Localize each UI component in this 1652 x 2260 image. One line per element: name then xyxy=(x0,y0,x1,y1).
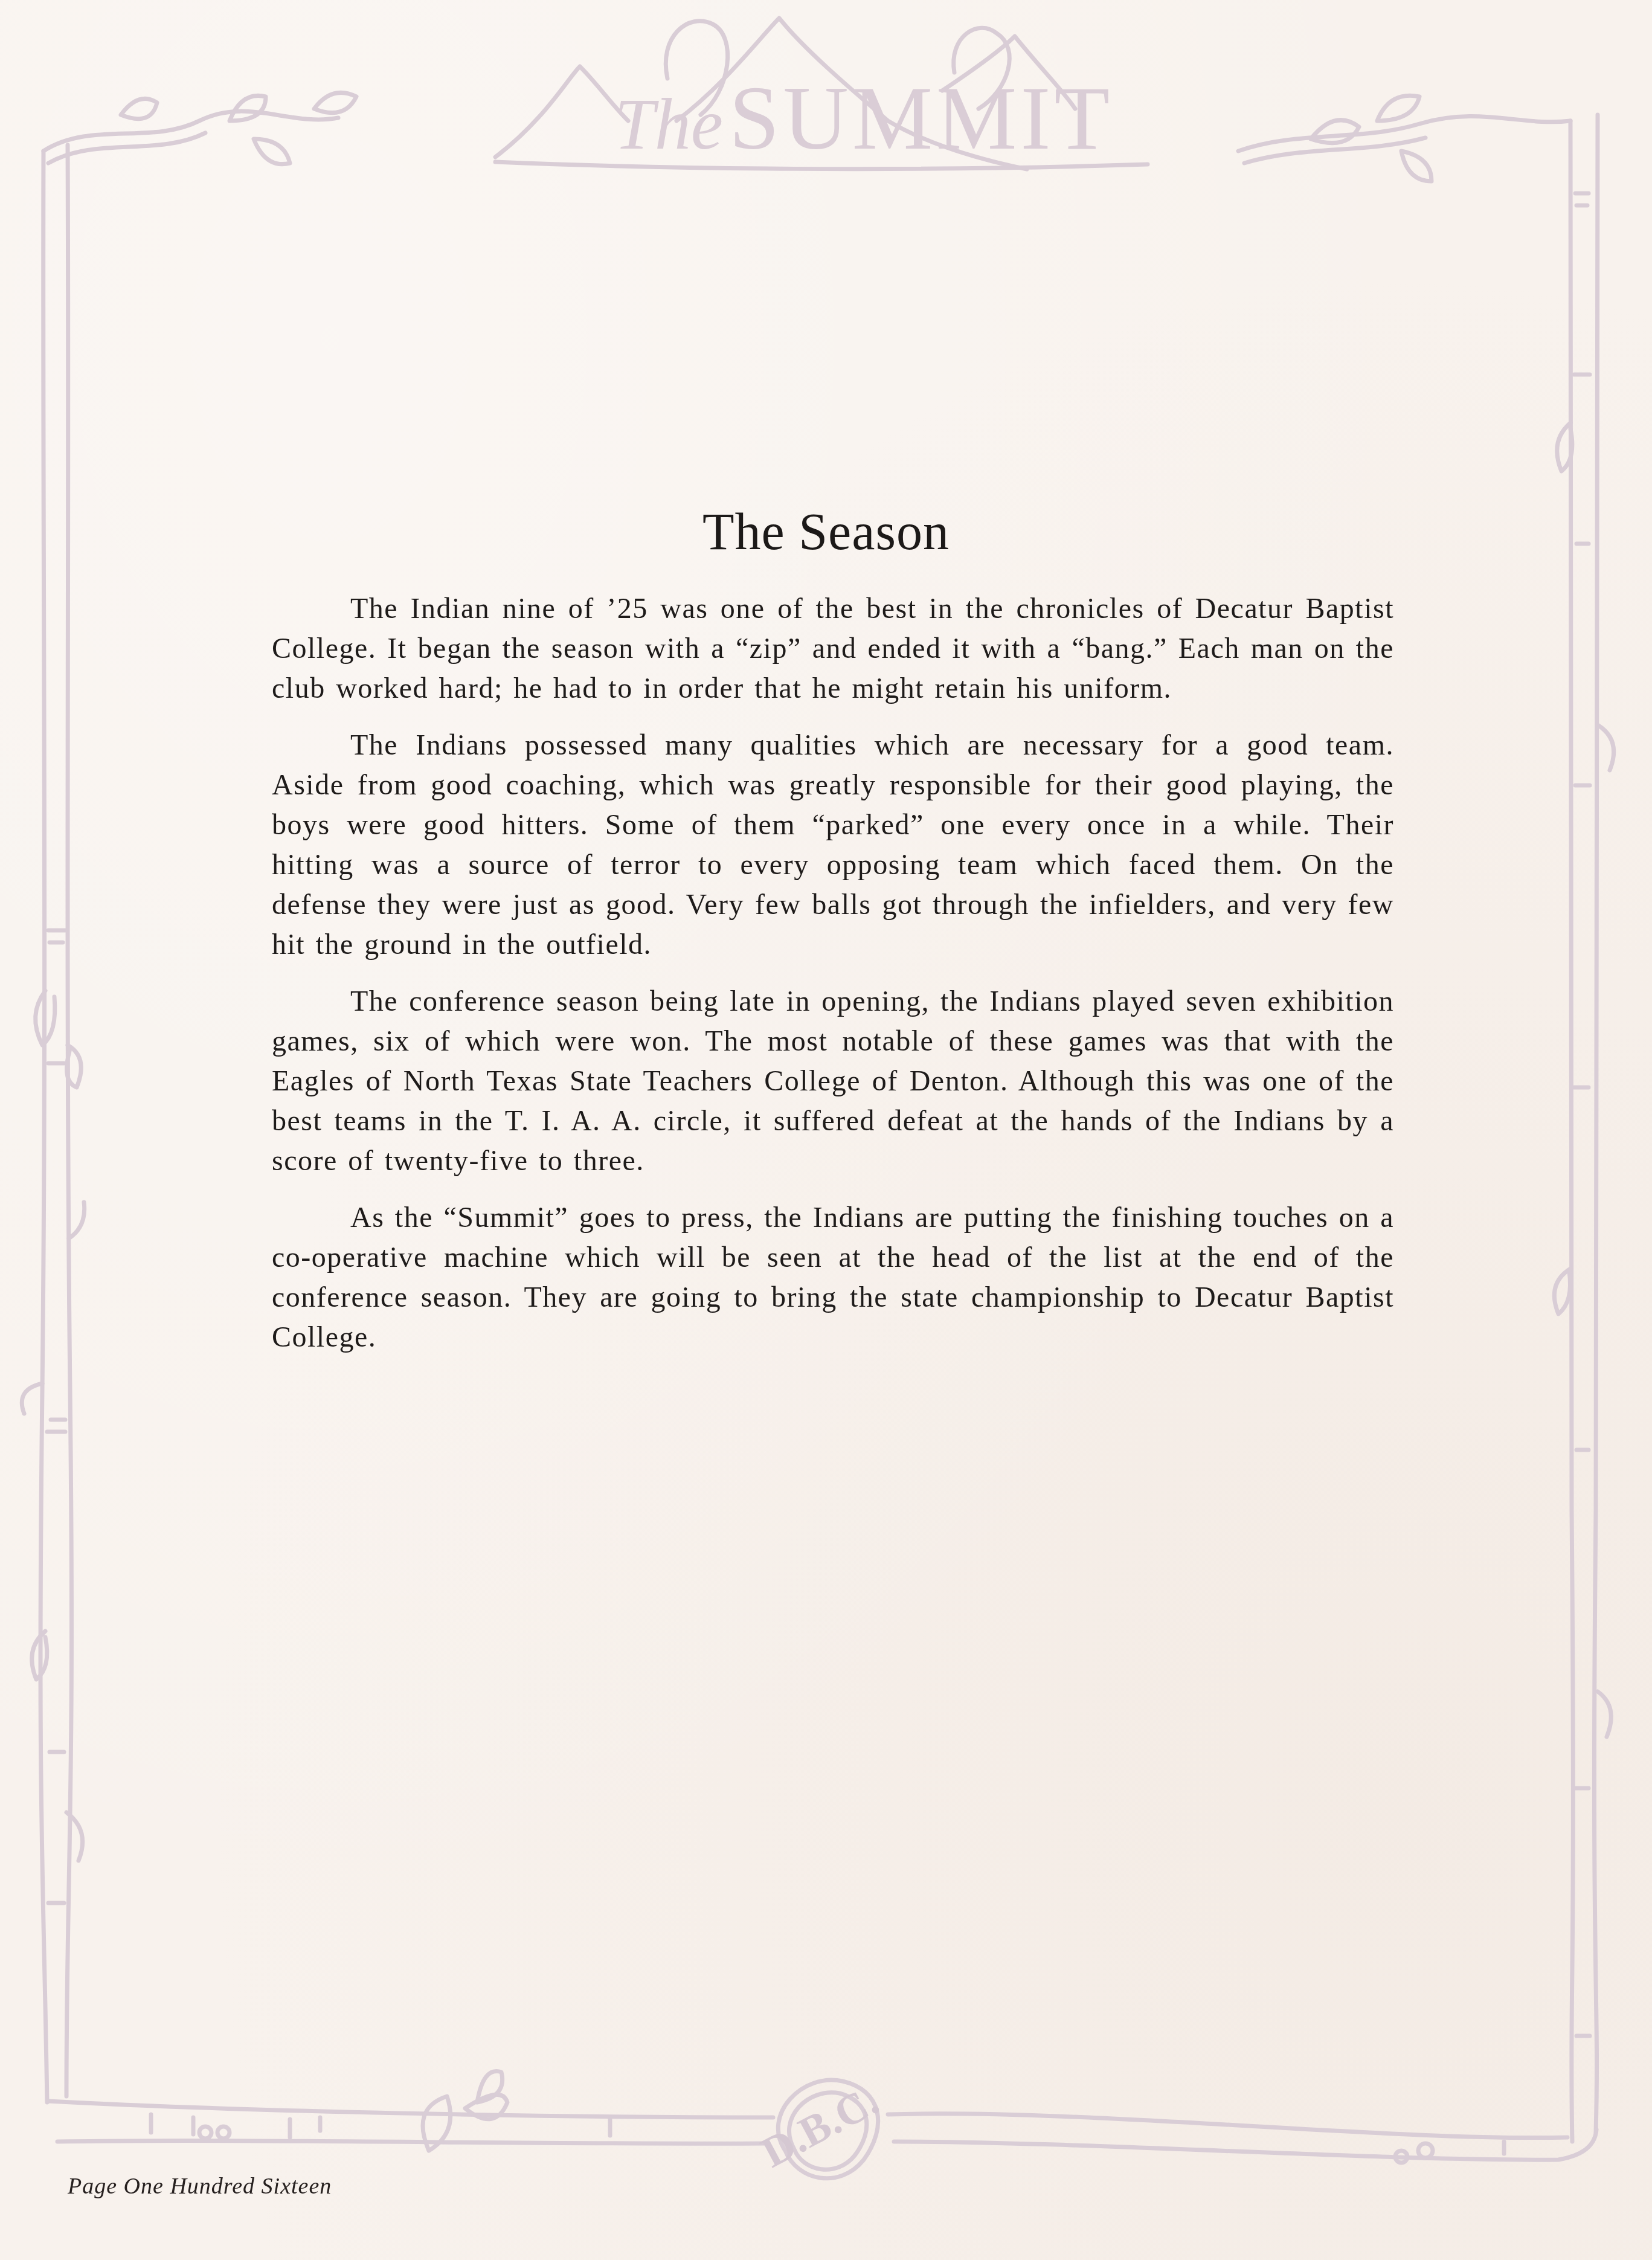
masthead-title: TheSUMMIT xyxy=(532,66,1196,170)
masthead-prefix: The xyxy=(614,84,723,164)
masthead-name: SUMMIT xyxy=(729,68,1113,169)
top-left-vine-icon xyxy=(43,92,356,164)
article-paragraph: The Indians possessed many qualities whi… xyxy=(272,726,1394,965)
article-paragraph: The conference season being late in open… xyxy=(272,982,1394,1181)
top-right-vine-icon xyxy=(1238,95,1570,181)
page-number: Page One Hundred Sixteen xyxy=(68,2173,332,2200)
article-title: The Season xyxy=(0,501,1652,562)
article-paragraph: The Indian nine of ’25 was one of the be… xyxy=(272,589,1394,709)
article-body: The Indian nine of ’25 was one of the be… xyxy=(272,589,1394,1374)
right-branch-icon xyxy=(1554,115,1613,2142)
left-branch-icon xyxy=(22,145,84,2102)
article-paragraph: As the “Summit” goes to press, the India… xyxy=(272,1198,1394,1357)
